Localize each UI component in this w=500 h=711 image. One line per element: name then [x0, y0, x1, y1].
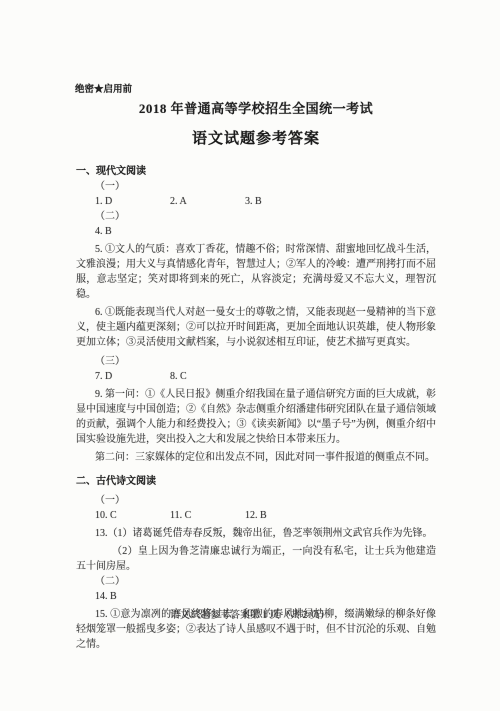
section2-part1-label: （一） [95, 493, 436, 508]
choice-row-7-8: 7. D8. C [95, 369, 436, 384]
answer-8: 8. C [170, 369, 187, 384]
section2-heading: 二、古代诗文阅读 [76, 474, 436, 489]
answer-13-part2: （2）皇上因为鲁芝清廉忠诚行为端正，一向没有私宅，让士兵为他建造五十间房屋。 [76, 544, 436, 574]
section1-part2-label: （二） [95, 209, 436, 224]
scanned-answer-key-page: 绝密★启用前 2018 年普通高等学校招生全国统一考试 语文试题参考答案 一、现… [0, 0, 500, 711]
answer-1: 1. D [95, 194, 170, 209]
section2-part2-label: （二） [95, 574, 436, 589]
exam-title: 2018 年普通高等学校招生全国统一考试 [76, 101, 436, 117]
page-content: 绝密★启用前 2018 年普通高等学校招生全国统一考试 语文试题参考答案 一、现… [76, 0, 436, 652]
answer-7: 7. D [95, 369, 170, 384]
choice-row-10-12: 10. C11. C12. B [95, 508, 436, 523]
answer-5: 5. ①文人的气质：喜欢丁香花，情趣不俗；时常深情、甜蜜地回忆战斗生活，文雅浪漫… [76, 242, 436, 302]
answer-12: 12. B [245, 508, 267, 523]
answer-9-question2: 第二问：三家媒体的定位和出发点不同，因此对同一事件报道的侧重点不同。 [76, 450, 436, 465]
answer-4: 4. B [95, 224, 436, 239]
answer-10: 10. C [95, 508, 170, 523]
answer-6: 6. ①既能表现当代人对赵一曼女士的尊敬之情，又能表现赵一曼精神的当下意义，使主… [76, 305, 436, 350]
security-marking: 绝密★启用前 [75, 84, 436, 96]
section1-part3-label: （三） [95, 354, 436, 369]
answer-3: 3. B [245, 194, 262, 209]
section1-heading: 一、现代文阅读 [76, 164, 436, 179]
answer-key-title: 语文试题参考答案 [76, 129, 436, 149]
page-footer: 语文试题参考答案第 1 页（共 2 页） [0, 608, 500, 623]
answer-2: 2. A [170, 194, 245, 209]
choice-row-1-3: 1. D2. A3. B [95, 194, 436, 209]
answer-11: 11. C [170, 508, 245, 523]
answer-9-question1: 9. 第一问：①《人民日报》侧重介绍我国在量子通信研究方面的巨大成就，彰显中国速… [76, 387, 436, 447]
answer-13-part1: 13.（1）诸葛诞凭借寿春反叛，魏帝出征，鲁芝率领荆州文武官兵作为先锋。 [76, 526, 436, 541]
section1-part1-label: （一） [95, 179, 436, 194]
answer-14: 14. B [95, 589, 436, 604]
